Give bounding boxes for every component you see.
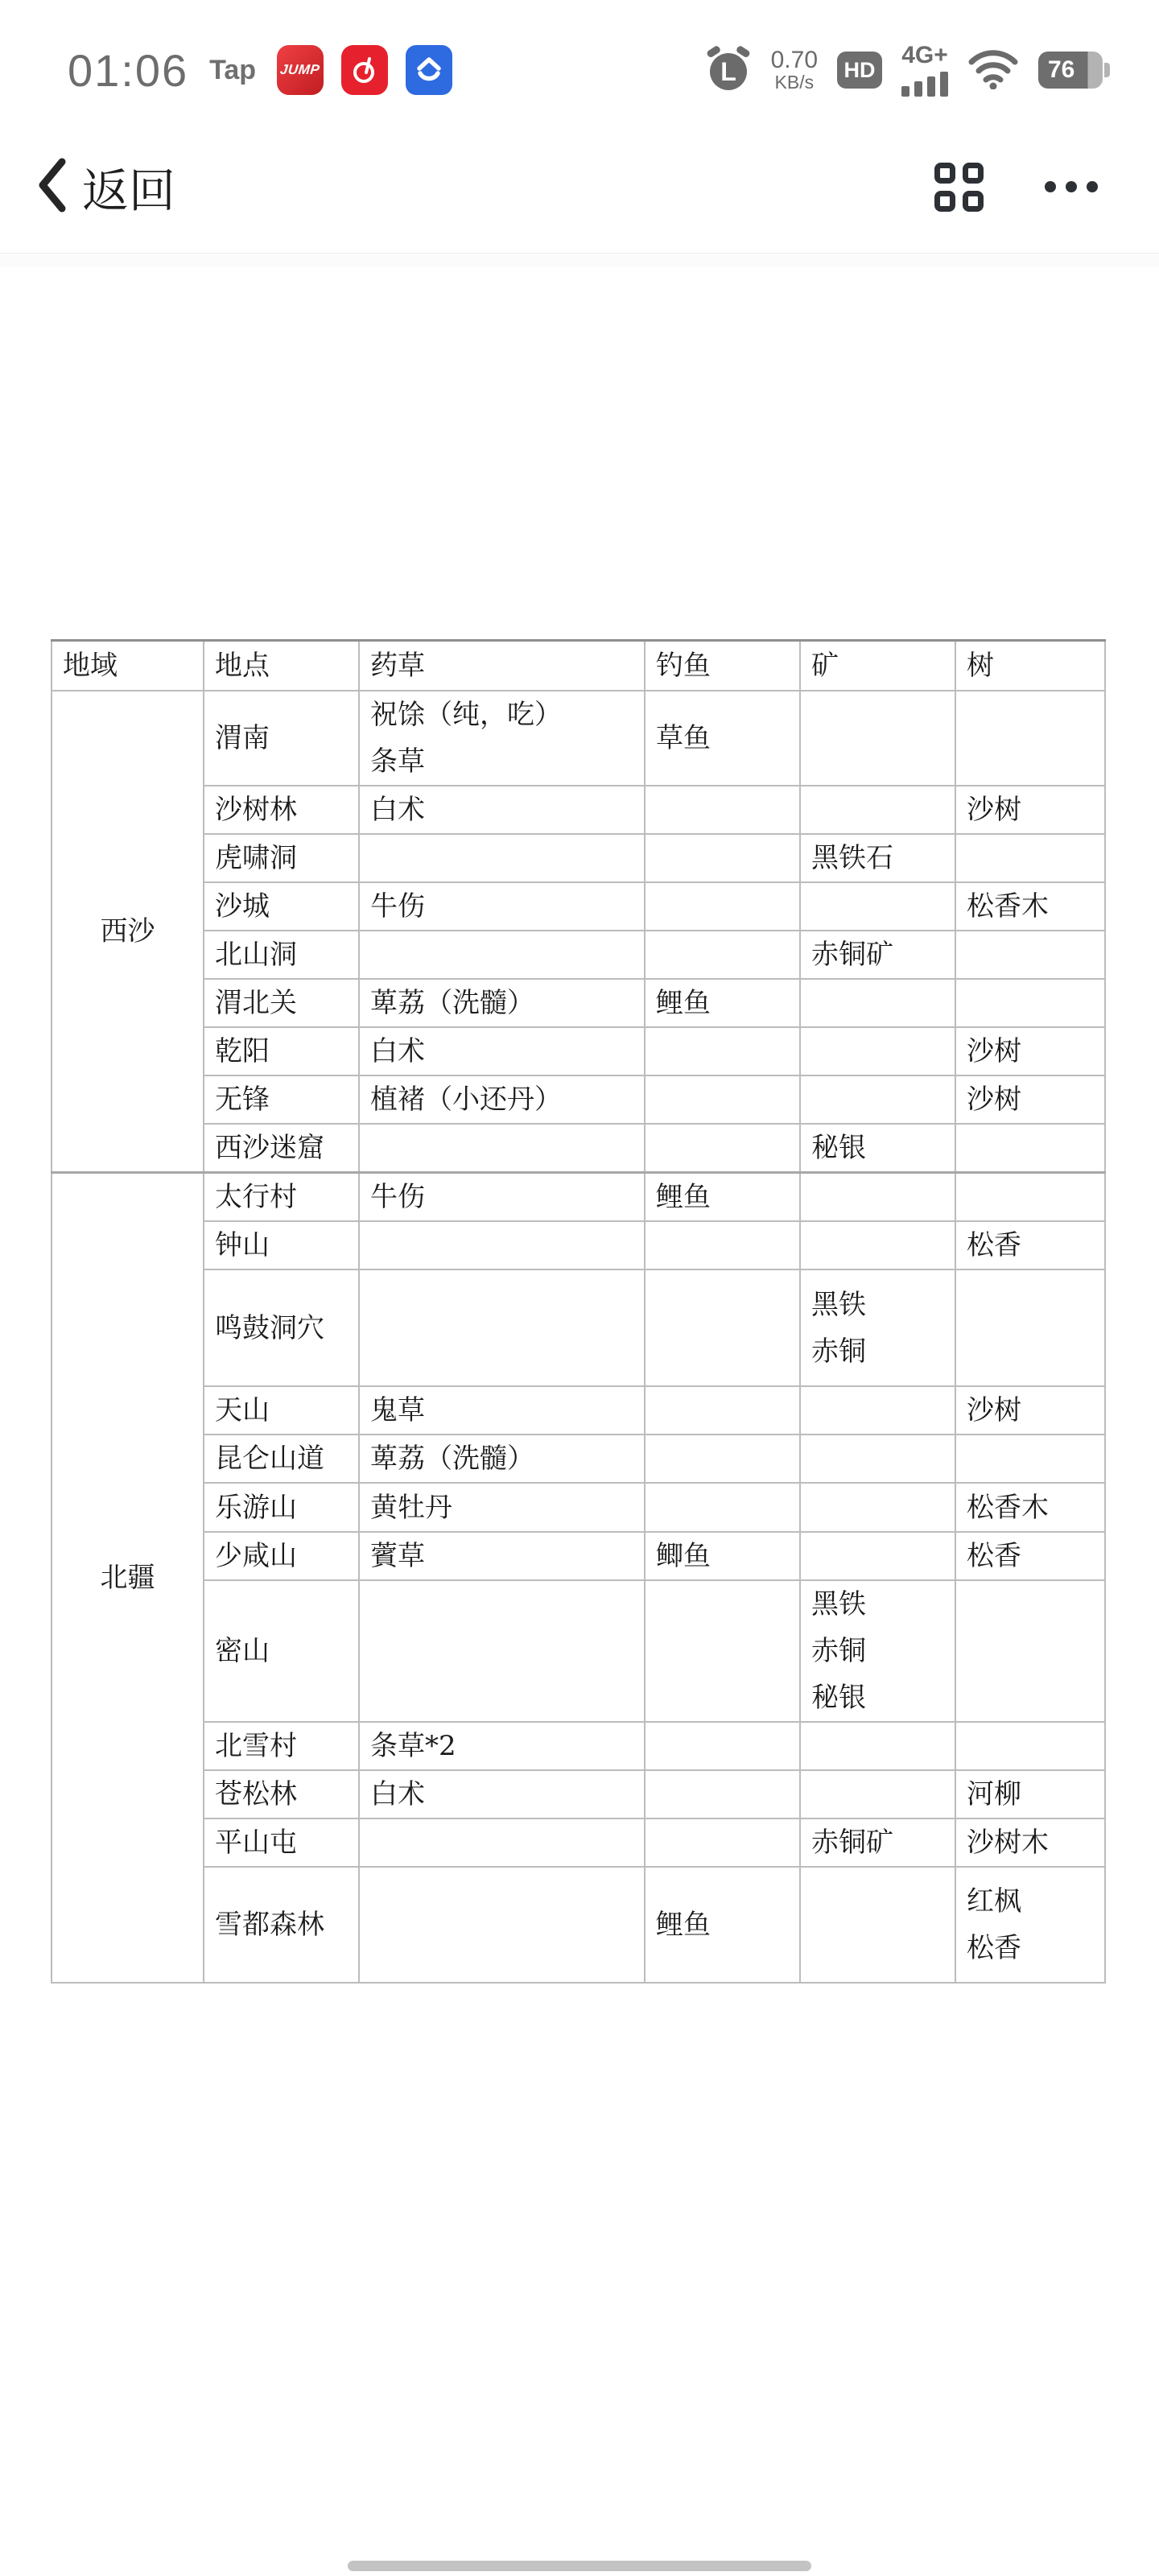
location-cell: 乐游山	[204, 1483, 359, 1532]
herb-cell: 薲草	[359, 1532, 645, 1580]
tree-cell: 松香	[955, 1532, 1105, 1580]
herb-cell: 白术	[359, 1770, 645, 1818]
alarm-letter: L	[720, 57, 736, 86]
fish-cell: 鲤鱼	[645, 1867, 800, 1983]
ore-cell: 黑铁石	[800, 834, 955, 882]
ore-cell	[800, 882, 955, 931]
fish-cell	[645, 1027, 800, 1075]
column-header: 地域	[52, 641, 204, 691]
netease-music-icon	[341, 45, 388, 95]
ore-cell	[800, 786, 955, 834]
herb-cell: 萆荔（洗髓）	[359, 1435, 645, 1483]
tree-cell	[955, 1172, 1105, 1221]
tree-cell: 松香木	[955, 882, 1105, 931]
location-cell: 乾阳	[204, 1027, 359, 1075]
fish-cell	[645, 1124, 800, 1173]
herb-cell	[359, 1818, 645, 1867]
herb-cell	[359, 1124, 645, 1173]
tree-cell: 红枫 松香	[955, 1867, 1105, 1983]
ore-cell: 赤铜矿	[800, 1818, 955, 1867]
tree-cell: 松香木	[955, 1483, 1105, 1532]
location-cell: 昆仑山道	[204, 1435, 359, 1483]
tree-cell	[955, 1124, 1105, 1173]
location-cell: 北山洞	[204, 931, 359, 979]
ore-cell: 赤铜矿	[800, 931, 955, 979]
fish-cell	[645, 1386, 800, 1435]
location-cell: 太行村	[204, 1172, 359, 1221]
location-cell: 钟山	[204, 1221, 359, 1269]
fish-cell	[645, 1483, 800, 1532]
tree-cell	[955, 979, 1105, 1027]
herb-cell: 牛伤	[359, 882, 645, 931]
location-cell: 鸣鼓洞穴	[204, 1269, 359, 1386]
herb-cell	[359, 1867, 645, 1983]
fish-cell: 鲤鱼	[645, 979, 800, 1027]
more-menu-button[interactable]	[1045, 181, 1098, 192]
ore-cell	[800, 1221, 955, 1269]
ore-cell	[800, 1483, 955, 1532]
table-row: 鸣鼓洞穴黑铁 赤铜	[52, 1269, 1105, 1386]
status-bar: 01:06 Tap JUMP L	[0, 0, 1159, 121]
table-row: 天山鬼草沙树	[52, 1386, 1105, 1435]
clock-time: 01:06	[68, 44, 188, 97]
resource-table: 地域地点药草钓鱼矿树 西沙渭南祝馀（纯，吃） 条草草鱼沙树林白术沙树虎啸洞黑铁石…	[51, 639, 1106, 1984]
table-row: 虎啸洞黑铁石	[52, 834, 1105, 882]
table-row: 无锋植褚（小还丹）沙树	[52, 1075, 1105, 1124]
tree-cell	[955, 1580, 1105, 1722]
tree-cell: 沙树	[955, 1386, 1105, 1435]
location-cell: 雪都森林	[204, 1867, 359, 1983]
ore-cell: 黑铁 赤铜 秘银	[800, 1580, 955, 1722]
location-cell: 密山	[204, 1580, 359, 1722]
ore-cell	[800, 1075, 955, 1124]
apps-grid-button[interactable]	[934, 163, 984, 212]
ore-cell	[800, 1532, 955, 1580]
tree-cell	[955, 1269, 1105, 1386]
herb-cell	[359, 1580, 645, 1722]
home-indicator[interactable]	[348, 2561, 811, 2571]
fish-cell	[645, 834, 800, 882]
fish-cell	[645, 786, 800, 834]
location-cell: 无锋	[204, 1075, 359, 1124]
tree-cell: 松香	[955, 1221, 1105, 1269]
ore-cell	[800, 1435, 955, 1483]
location-cell: 沙城	[204, 882, 359, 931]
table-row: 平山屯赤铜矿沙树木	[52, 1818, 1105, 1867]
tree-cell: 沙树	[955, 1075, 1105, 1124]
ore-cell: 黑铁 赤铜	[800, 1269, 955, 1386]
location-cell: 北雪村	[204, 1722, 359, 1770]
ore-cell: 秘银	[800, 1124, 955, 1173]
back-button[interactable]: 返回	[35, 153, 175, 221]
fish-cell	[645, 1075, 800, 1124]
battery-icon: 76	[1038, 52, 1103, 89]
ore-cell	[800, 1386, 955, 1435]
fish-cell	[645, 1269, 800, 1386]
herb-cell: 条草*2	[359, 1722, 645, 1770]
ore-cell	[800, 1722, 955, 1770]
location-cell: 天山	[204, 1386, 359, 1435]
jump-app-icon: JUMP	[277, 45, 324, 95]
table-row: 沙城牛伤松香木	[52, 882, 1105, 931]
tree-cell	[955, 834, 1105, 882]
tree-cell	[955, 931, 1105, 979]
alarm-icon: L	[705, 45, 752, 96]
column-header: 矿	[800, 641, 955, 691]
herb-cell: 牛伤	[359, 1172, 645, 1221]
ore-cell	[800, 1172, 955, 1221]
herb-cell	[359, 931, 645, 979]
column-header: 树	[955, 641, 1105, 691]
region-cell: 北疆	[52, 1172, 204, 1983]
table-row: 苍松林白术河柳	[52, 1770, 1105, 1818]
table-row: 北山洞赤铜矿	[52, 931, 1105, 979]
ore-cell	[800, 1027, 955, 1075]
column-header: 钓鱼	[645, 641, 800, 691]
ore-cell	[800, 1867, 955, 1983]
location-cell: 渭南	[204, 691, 359, 786]
tree-cell: 沙树	[955, 786, 1105, 834]
table-row: 西沙迷窟秘银	[52, 1124, 1105, 1173]
fish-cell: 鲫鱼	[645, 1532, 800, 1580]
table-row: 北雪村条草*2	[52, 1722, 1105, 1770]
column-header: 地点	[204, 641, 359, 691]
location-cell: 西沙迷窟	[204, 1124, 359, 1173]
tree-cell	[955, 1722, 1105, 1770]
fish-cell	[645, 931, 800, 979]
location-cell: 苍松林	[204, 1770, 359, 1818]
fish-cell	[645, 1722, 800, 1770]
fish-cell	[645, 1770, 800, 1818]
cellular-signal-icon: 4G+	[901, 43, 948, 97]
location-cell: 少咸山	[204, 1532, 359, 1580]
battery-percent: 76	[1048, 56, 1074, 84]
table-row: 昆仑山道萆荔（洗髓）	[52, 1435, 1105, 1483]
ore-cell	[800, 1770, 955, 1818]
table-row: 雪都森林鲤鱼红枫 松香	[52, 1867, 1105, 1983]
fish-cell	[645, 1221, 800, 1269]
table-row: 乾阳白术沙树	[52, 1027, 1105, 1075]
table-row: 沙树林白术沙树	[52, 786, 1105, 834]
fish-cell	[645, 1818, 800, 1867]
ore-cell	[800, 691, 955, 786]
location-cell: 沙树林	[204, 786, 359, 834]
herb-cell: 萆荔（洗髓）	[359, 979, 645, 1027]
tap-notification-icon: Tap	[209, 55, 256, 86]
tree-cell: 沙树木	[955, 1818, 1105, 1867]
ore-cell	[800, 979, 955, 1027]
fish-cell	[645, 1435, 800, 1483]
wifi-icon	[967, 47, 1019, 93]
herb-cell	[359, 1221, 645, 1269]
table-row: 乐游山黄牡丹松香木	[52, 1483, 1105, 1532]
tree-cell	[955, 1435, 1105, 1483]
table-row: 钟山松香	[52, 1221, 1105, 1269]
herb-cell	[359, 834, 645, 882]
herb-cell: 植褚（小还丹）	[359, 1075, 645, 1124]
network-speed: 0.70 KB/s	[771, 47, 818, 92]
hd-icon: HD	[837, 52, 882, 89]
document-page[interactable]: 地域地点药草钓鱼矿树 西沙渭南祝馀（纯，吃） 条草草鱼沙树林白术沙树虎啸洞黑铁石…	[0, 267, 1159, 2545]
nav-bar: 返回	[0, 121, 1159, 253]
herb-cell: 祝馀（纯，吃） 条草	[359, 691, 645, 786]
region-cell: 西沙	[52, 691, 204, 1173]
table-row: 渭北关萆荔（洗髓）鲤鱼	[52, 979, 1105, 1027]
fish-cell	[645, 882, 800, 931]
table-row: 密山黑铁 赤铜 秘银	[52, 1580, 1105, 1722]
smart-home-app-icon	[406, 45, 452, 95]
herb-cell: 鬼草	[359, 1386, 645, 1435]
fish-cell	[645, 1580, 800, 1722]
back-chevron-icon	[35, 158, 68, 217]
header-divider	[0, 253, 1159, 267]
table-row: 西沙渭南祝馀（纯，吃） 条草草鱼	[52, 691, 1105, 786]
herb-cell	[359, 1269, 645, 1386]
column-header: 药草	[359, 641, 645, 691]
herb-cell: 白术	[359, 1027, 645, 1075]
tree-cell: 河柳	[955, 1770, 1105, 1818]
notification-icons: JUMP	[277, 45, 452, 95]
location-cell: 渭北关	[204, 979, 359, 1027]
table-row: 少咸山薲草鲫鱼松香	[52, 1532, 1105, 1580]
fish-cell: 鲤鱼	[645, 1172, 800, 1221]
fish-cell: 草鱼	[645, 691, 800, 786]
table-row: 北疆太行村牛伤鲤鱼	[52, 1172, 1105, 1221]
tree-cell: 沙树	[955, 1027, 1105, 1075]
tree-cell	[955, 691, 1105, 786]
herb-cell: 白术	[359, 786, 645, 834]
location-cell: 平山屯	[204, 1818, 359, 1867]
table-header-row: 地域地点药草钓鱼矿树	[52, 641, 1105, 691]
herb-cell: 黄牡丹	[359, 1483, 645, 1532]
location-cell: 虎啸洞	[204, 834, 359, 882]
back-label: 返回	[82, 153, 175, 221]
